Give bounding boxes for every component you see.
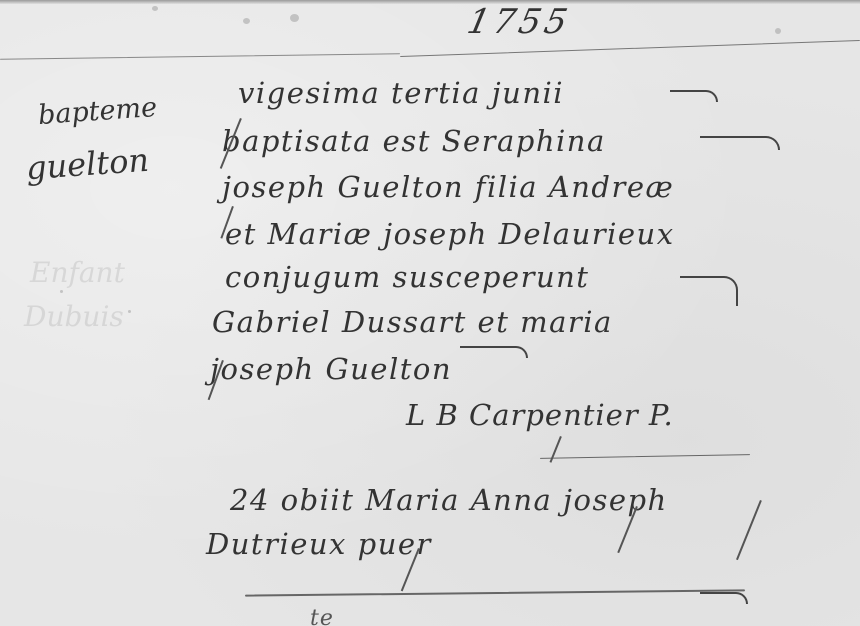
- entry-line: baptisata est Seraphina: [222, 124, 606, 158]
- paper-speck: [243, 18, 250, 24]
- paper-speck: [60, 290, 63, 293]
- line-flourish: [680, 276, 738, 306]
- entry-separator-rule: [245, 589, 745, 596]
- header-rule: [400, 40, 860, 57]
- paper-speck: [128, 310, 131, 313]
- signature-underline: [540, 454, 750, 459]
- burial-entry-line: Dutrieux puer: [206, 527, 432, 561]
- entry-line: et Mariæ joseph Delaurieux: [225, 217, 675, 251]
- line-flourish: [670, 90, 718, 102]
- ink-descender: [736, 500, 762, 560]
- entry-line: vigesima tertia junii: [238, 76, 564, 110]
- paper-speck: [290, 14, 299, 22]
- entry-line: conjugum susceperunt: [225, 260, 589, 294]
- partial-next-entry: te: [310, 606, 334, 626]
- paper-speck: [775, 28, 781, 34]
- line-flourish: [700, 592, 748, 604]
- entry-line: joseph Guelton: [210, 352, 452, 386]
- year-header: 1755: [464, 2, 575, 42]
- margin-surname: guelton: [25, 141, 150, 187]
- line-flourish: [700, 136, 780, 150]
- header-rule: [0, 53, 400, 60]
- ink-descender: [550, 436, 562, 463]
- priest-signature: L B Carpentier P.: [406, 398, 674, 432]
- margin-entry-type: bapteme: [37, 92, 158, 131]
- bleed-through-text: Enfant: [30, 256, 125, 289]
- paper-speck: [152, 6, 158, 11]
- burial-entry-line: 24 obiit Maria Anna joseph: [230, 483, 668, 517]
- entry-line: joseph Guelton filia Andreæ: [222, 170, 674, 204]
- register-page: Enfant Dubuis 1755 bapteme guelton viges…: [0, 0, 860, 626]
- line-flourish: [460, 346, 528, 358]
- bleed-through-text: Dubuis: [24, 300, 124, 333]
- page-top-edge: [0, 0, 860, 4]
- entry-line: Gabriel Dussart et maria: [212, 305, 613, 339]
